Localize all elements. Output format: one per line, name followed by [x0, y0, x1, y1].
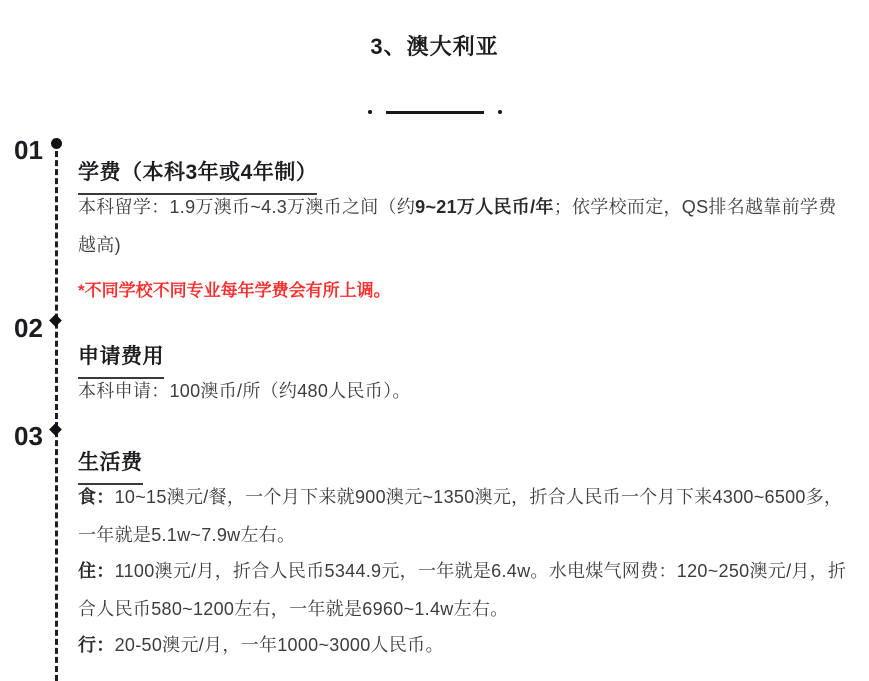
living-cost-food: 食：10~15澳元/餐，一个月下来就900澳元~1350澳元，折合人民币一个月下… — [78, 478, 848, 554]
living-cost-housing-text: 1100澳元/月，折合人民币5344.9元，一年就是6.4w。水电煤气网费：12… — [78, 561, 846, 619]
divider-right-dot — [498, 110, 502, 114]
title-divider — [0, 105, 869, 119]
tuition-text-bold: 9~21万人民币/年 — [415, 197, 554, 217]
timeline-marker-diamond-03 — [49, 423, 62, 436]
timeline-dotted-line — [55, 142, 58, 681]
section-number-03: 03 — [14, 421, 43, 452]
living-cost-food-label: 食： — [78, 487, 115, 507]
section-number-02: 02 — [14, 313, 43, 344]
living-cost-housing-label: 住： — [78, 561, 115, 581]
divider-left-dot — [368, 110, 372, 114]
living-cost-food-text: 10~15澳元/餐，一个月下来就900澳元~1350澳元，折合人民币一个月下来4… — [78, 487, 842, 545]
living-cost-housing: 住：1100澳元/月，折合人民币5344.9元，一年就是6.4w。水电煤气网费：… — [78, 552, 848, 628]
document-page: 3、澳大利亚 01 02 03 学费（本科3年或4年制） 本科留学：1.9万澳币… — [0, 0, 869, 681]
timeline-marker-circle-01 — [51, 138, 62, 149]
section-number-01: 01 — [14, 135, 43, 166]
page-title: 3、澳大利亚 — [0, 30, 869, 61]
living-cost-transport-text: 20-50澳元/月，一年1000~3000人民币。 — [115, 635, 444, 655]
tuition-text-pre: 本科留学：1.9万澳币~4.3万澳币之间（约 — [78, 197, 415, 217]
timeline-marker-diamond-02 — [49, 314, 62, 327]
living-cost-transport-label: 行： — [78, 635, 115, 655]
living-cost-transport: 行：20-50澳元/月，一年1000~3000人民币。 — [78, 626, 848, 664]
tuition-paragraph: 本科留学：1.9万澳币~4.3万澳币之间（约9~21万人民币/年；依学校而定，Q… — [78, 188, 848, 264]
divider-line — [386, 111, 484, 114]
application-fee-paragraph: 本科申请：100澳币/所（约480人民币）。 — [78, 372, 848, 410]
tuition-note: *不同学校不同专业每年学费会有所上调。 — [78, 279, 848, 303]
